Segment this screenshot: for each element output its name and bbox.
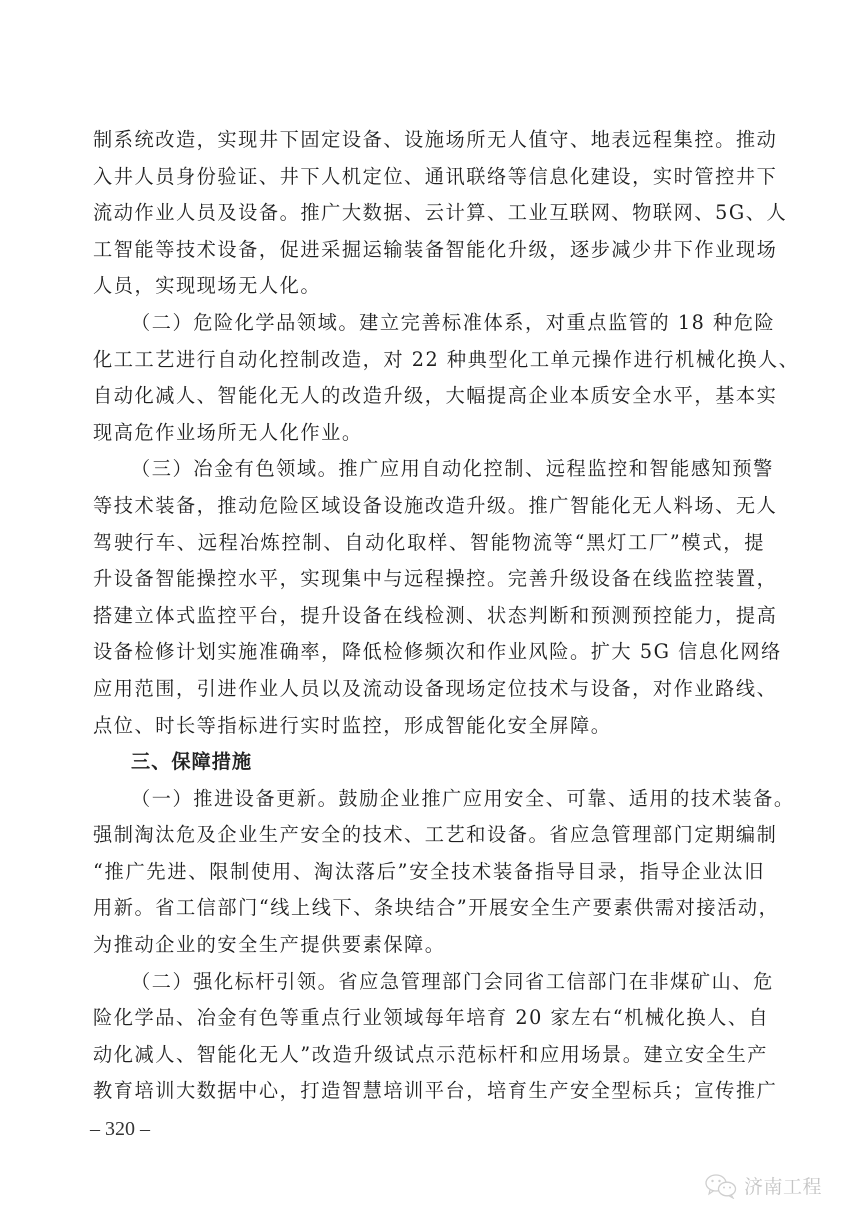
paragraph-hazardous-chemicals-start: （二）危险化学品领域。建立完善标准体系，对重点监管的 18 种危险 <box>93 305 765 342</box>
paragraph-metallurgy-start: （三）冶金有色领域。推广应用自动化控制、远程监控和智能感知预警 <box>93 451 765 488</box>
text-line: 流动作业人员及设备。推广大数据、云计算、工业互联网、物联网、5G、人 <box>93 195 765 232</box>
wechat-icon <box>704 1173 738 1199</box>
text-line: 设备检修计划实施准确率，降低检修频次和作业风险。扩大 5G 信息化网络 <box>93 634 765 671</box>
section-heading-safeguards: 三、保障措施 <box>93 744 765 781</box>
text-line: “推广先进、限制使用、淘汰落后”安全技术装备指导目录，指导企业汰旧 <box>93 854 765 891</box>
watermark: 济南工程 <box>704 1172 822 1199</box>
page-number: – 320 – <box>90 1118 150 1141</box>
text-line: 自动化减人、智能化无人的改造升级，大幅提高企业本质安全水平，基本实 <box>93 378 765 415</box>
paragraph-benchmark-start: （二）强化标杆引领。省应急管理部门会同省工信部门在非煤矿山、危 <box>93 964 765 1001</box>
text-line: 强制淘汰危及企业生产安全的技术、工艺和设备。省应急管理部门定期编制 <box>93 817 765 854</box>
text-line: 搭建立体式监控平台，提升设备在线检测、状态判断和预测预控能力，提高 <box>93 598 765 635</box>
text-line: 升设备智能操控水平，实现集中与远程操控。完善升级设备在线监控装置， <box>93 561 765 598</box>
text-line: 制系统改造，实现井下固定设备、设施场所无人值守、地表远程集控。推动 <box>93 122 765 159</box>
text-line: 动化减人、智能化无人”改造升级试点示范标杆和应用场景。建立安全生产 <box>93 1037 765 1074</box>
text-line: 工智能等技术设备，促进采掘运输装备智能化升级，逐步减少井下作业现场 <box>93 232 765 269</box>
text-line: 等技术装备，推动危险区域设备设施改造升级。推广智能化无人料场、无人 <box>93 488 765 525</box>
document-page: 制系统改造，实现井下固定设备、设施场所无人值守、地表远程集控。推动 入井人员身份… <box>0 0 856 1225</box>
text-line: 化工工艺进行自动化控制改造，对 22 种典型化工单元操作进行机械化换人、 <box>93 342 765 379</box>
text-line: 为推动企业的安全生产提供要素保障。 <box>93 927 765 964</box>
text-line: 驾驶行车、远程冶炼控制、自动化取样、智能物流等“黑灯工厂”模式，提 <box>93 525 765 562</box>
watermark-text: 济南工程 <box>744 1172 822 1199</box>
document-body: 制系统改造，实现井下固定设备、设施场所无人值守、地表远程集控。推动 入井人员身份… <box>93 122 765 1110</box>
text-line: 险化学品、冶金有色等重点行业领域每年培育 20 家左右“机械化换人、自 <box>93 1000 765 1037</box>
text-line: 点位、时长等指标进行实时监控，形成智能化安全屏障。 <box>93 708 765 745</box>
text-line: 教育培训大数据中心，打造智慧培训平台，培育生产安全型标兵；宣传推广 <box>93 1073 765 1110</box>
text-line: 现高危作业场所无人化作业。 <box>93 415 765 452</box>
text-line: 应用范围，引进作业人员以及流动设备现场定位技术与设备，对作业路线、 <box>93 671 765 708</box>
text-line: 用新。省工信部门“线上线下、条块结合”开展安全生产要素供需对接活动， <box>93 890 765 927</box>
text-line: 入井人员身份验证、井下人机定位、通讯联络等信息化建设，实时管控井下 <box>93 159 765 196</box>
paragraph-equipment-update-start: （一）推进设备更新。鼓励企业推广应用安全、可靠、适用的技术装备。 <box>93 781 765 818</box>
text-line: 人员，实现现场无人化。 <box>93 268 765 305</box>
